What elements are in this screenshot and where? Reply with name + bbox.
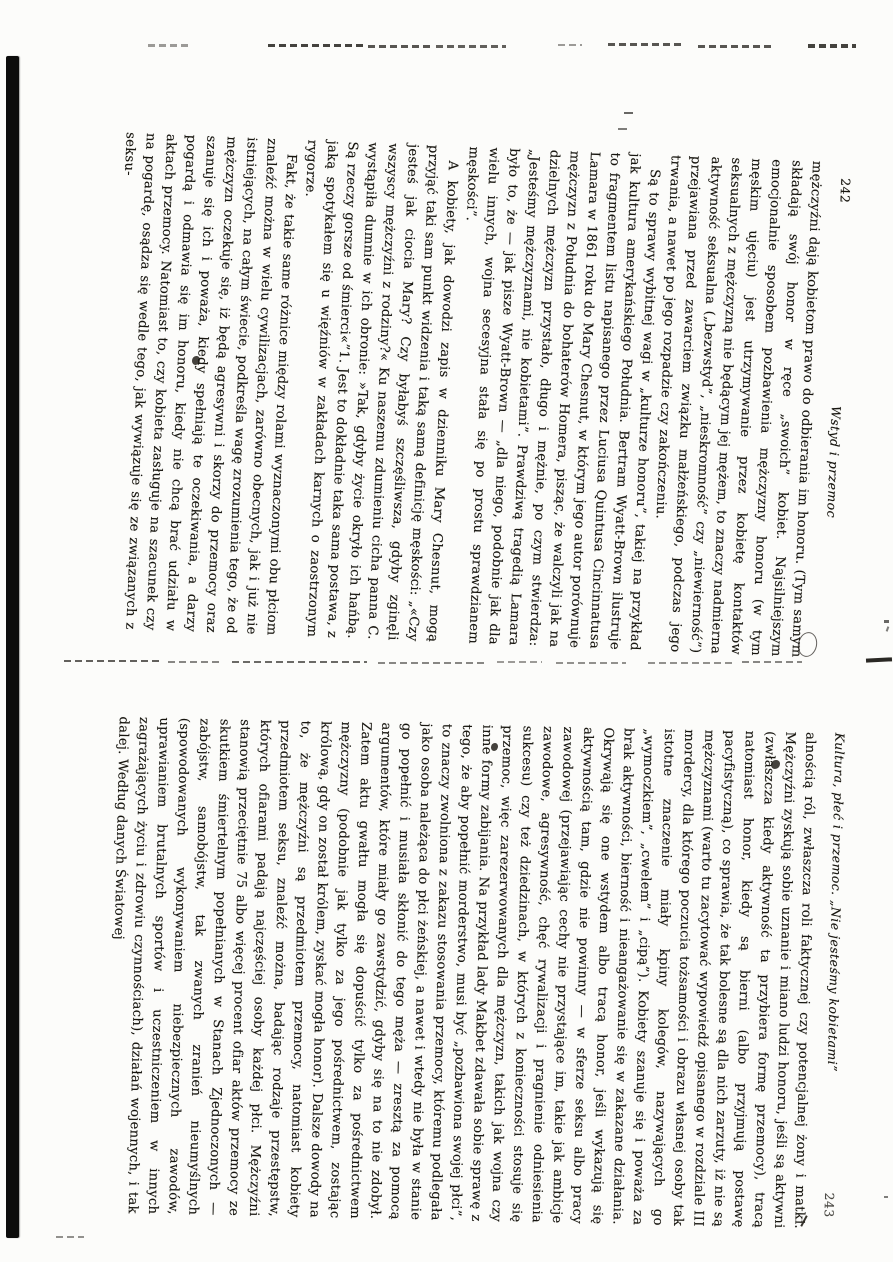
pen-dash-mark — [624, 112, 633, 114]
page-divider-dash — [742, 661, 802, 663]
scan-edge-dash — [436, 45, 506, 48]
page-divider-dash — [232, 661, 367, 663]
body-paragraph: A kobiety, jak dowodzi zapis w dzienniku… — [280, 139, 462, 642]
page-243-running-head: Kultura, płeć i przemoc. „Nie jesteśmy k… — [817, 733, 849, 1230]
scan-edge-dash — [56, 1236, 84, 1238]
page-divider-dash — [378, 662, 488, 664]
scanned-book-spread: 242 Wstyd i przemoc mężczyźni dają kobie… — [0, 0, 893, 1262]
scan-edge-dash — [268, 44, 364, 47]
body-paragraph: Fakt, że takie same różnice między rolam… — [99, 132, 301, 636]
pen-dash-mark — [618, 128, 627, 130]
page-divider-dash — [497, 661, 542, 663]
scan-speck — [884, 1196, 888, 1198]
running-head-title: Kultura, płeć i przemoc. „Nie jesteśmy k… — [822, 733, 850, 1073]
scan-edge-dash — [558, 44, 582, 46]
page-242: 242 Wstyd i przemoc mężczyźni dają kobie… — [54, 130, 856, 659]
scan-speck — [884, 620, 889, 623]
running-head-title: Wstyd i przemoc — [821, 406, 846, 519]
page-243: Kultura, płeć i przemoc. „Nie jesteśmy k… — [52, 715, 849, 1230]
page-divider-dash — [556, 662, 626, 664]
body-paragraph: mężczyźni dają kobietom prawo do odbiera… — [644, 155, 826, 658]
page-divider-dash — [168, 661, 223, 663]
scan-edge-dash — [608, 43, 682, 46]
page-number: 242 — [834, 178, 855, 204]
scan-edge-dash — [808, 44, 856, 48]
body-paragraph: Są to sprawy wybitnej wagi w „kulturze h… — [442, 146, 665, 651]
page-divider-mark — [866, 657, 892, 662]
page-divider-dash — [648, 662, 733, 664]
scan-speck — [886, 626, 890, 631]
page-number: 243 — [818, 1192, 839, 1218]
scan-edge-black-bar — [6, 56, 19, 1238]
page-divider-dash — [64, 660, 159, 662]
scan-edge-dash — [698, 45, 772, 48]
scan-edge-dash — [368, 45, 430, 48]
scan-edge-dash — [148, 44, 188, 47]
body-paragraph: alnością ról, zwłaszcza roli faktycznej … — [101, 716, 819, 1229]
